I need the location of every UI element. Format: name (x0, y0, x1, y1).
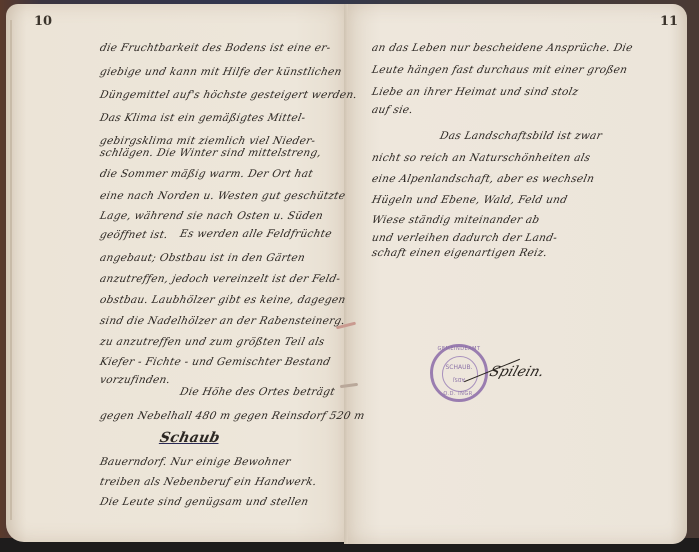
text-line: an das Leben nur bescheidene Ansprüche. … (371, 42, 634, 54)
text-line: Das Klima ist ein gemäßigtes Mittel- (99, 112, 307, 124)
text-line: geöffnet ist. (99, 229, 169, 241)
text-line: vorzufinden. (99, 374, 172, 386)
book-gutter (344, 4, 348, 544)
text-line: angebaut; Obstbau ist in den Gärten (99, 252, 307, 264)
text-line: eine Alpenlandschaft, aber es wechseln (371, 173, 596, 185)
text-line: Lage, während sie nach Osten u. Süden (99, 210, 324, 222)
text-line: die Sommer mäßig warm. Der Ort hat (99, 168, 314, 180)
heading-word: Schaub (158, 430, 221, 446)
text-line: Die Höhe des Ortes beträgt (179, 386, 336, 398)
text-line: Bauerndorf. Nur einige Bewohner (99, 456, 292, 468)
text-line: treiben als Nebenberuf ein Handwerk. (99, 476, 318, 488)
text-line: Wiese ständig miteinander ab (371, 214, 541, 226)
text-line: Düngemittel auf's höchste gesteigert wer… (99, 89, 359, 101)
text-line: schaft einen eigenartigen Reiz. (371, 247, 549, 259)
page-edges (10, 20, 12, 520)
text-line: Die Leute sind genügsam und stellen (99, 496, 310, 508)
text-line: auf sie. (371, 104, 415, 116)
page-number-right: 11 (660, 14, 678, 29)
text-line: nicht so reich an Naturschönheiten als (371, 152, 592, 164)
text-line: gebirgsklima mit ziemlich viel Nieder- (99, 135, 317, 147)
text-line: eine nach Norden u. Westen gut geschützt… (99, 190, 347, 202)
text-line: Liebe an ihrer Heimat und sind stolz (371, 86, 580, 98)
text-line: Das Landschaftsbild ist zwar (439, 130, 603, 142)
stamp-ring-bottom: O.D. INGR. (433, 391, 485, 397)
text-line: giebige und kann mit Hilfe der künstlich… (99, 66, 343, 78)
text-line: die Fruchtbarkeit des Bodens ist eine er… (99, 42, 332, 54)
text-line: und verleihen dadurch der Land- (371, 232, 559, 244)
page-number-left: 10 (34, 14, 52, 29)
text-line: obstbau. Laubhölzer gibt es keine, dageg… (99, 294, 347, 306)
right-page (347, 4, 687, 544)
stamp-inner-circle (442, 356, 478, 392)
official-stamp: GEMEINDEAMT SCHAUB. ADSJ O.D. INGR. (430, 344, 488, 402)
text-line: Hügeln und Ebene, Wald, Feld und (371, 194, 569, 206)
signature: Spilein. (487, 364, 546, 380)
text-line: sind die Nadelhölzer an der Rabensteiner… (99, 315, 347, 327)
text-line: schlägen. Die Winter sind mittelstreng, (99, 147, 323, 159)
text-line: gegen Nebelhall 480 m gegen Reinsdorf 52… (99, 410, 366, 422)
text-line: Kiefer - Fichte - und Gemischter Bestand (99, 356, 332, 368)
text-line: Es werden alle Feldfrüchte (179, 228, 333, 240)
stamp-ring-top: GEMEINDEAMT (433, 346, 485, 352)
text-line: zu anzutreffen und zum größten Teil als (99, 336, 326, 348)
text-line: Leute hängen fast durchaus mit einer gro… (371, 64, 629, 76)
stamp-center-text: SCHAUB. (439, 364, 479, 371)
text-line: anzutreffen, jedoch vereinzelt ist der F… (99, 273, 342, 285)
